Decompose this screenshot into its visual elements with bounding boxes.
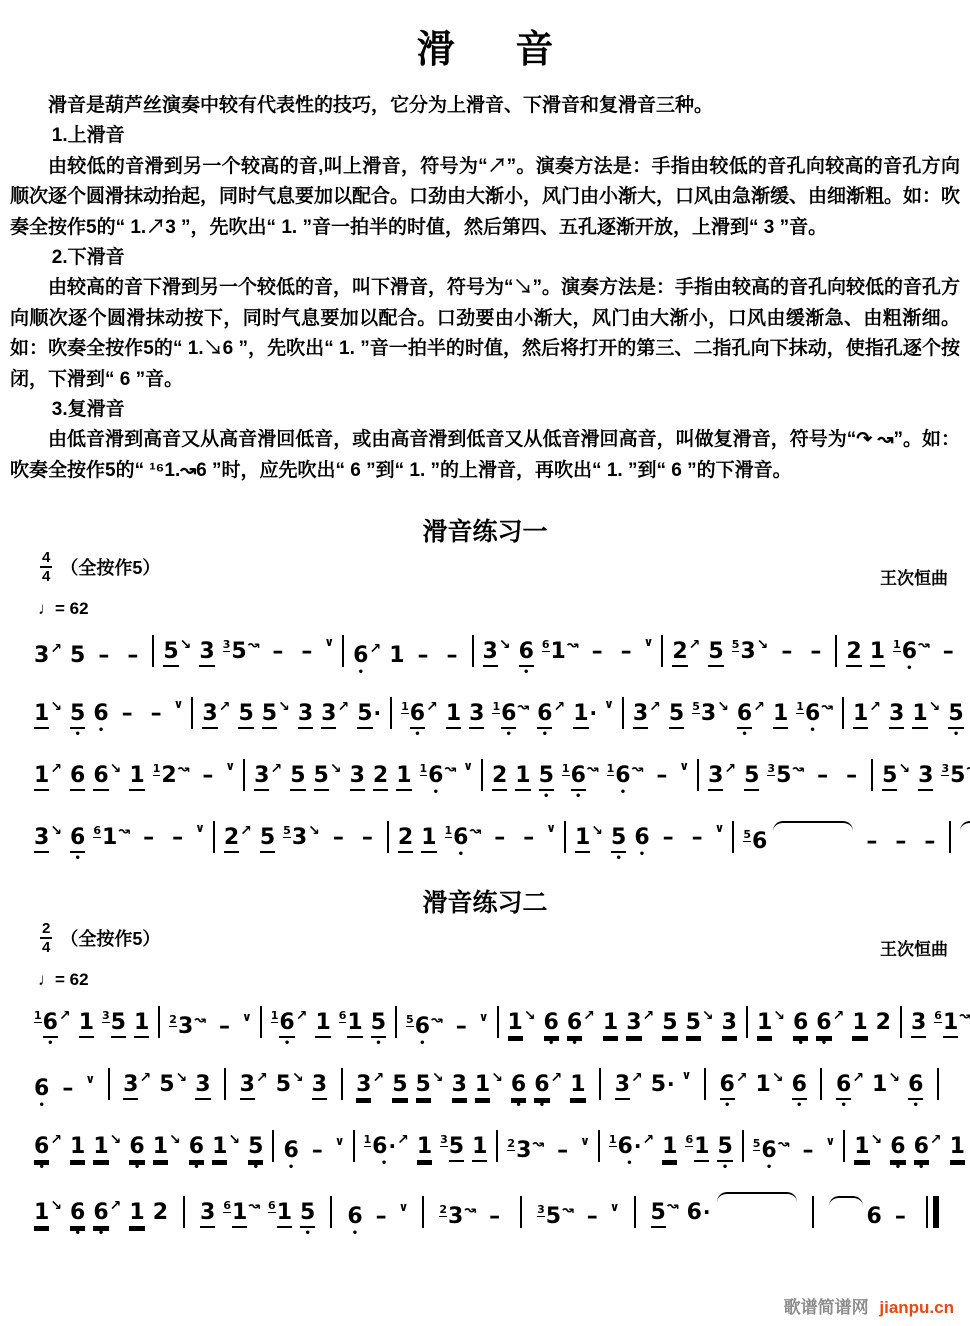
note-core: 6• <box>890 1136 905 1162</box>
note-core: 2 <box>398 827 413 853</box>
note-number: 1 <box>34 1202 49 1228</box>
note-number: 5 <box>70 645 85 667</box>
note-number: 3 <box>918 765 933 791</box>
low-octave-dot: • <box>821 1039 827 1049</box>
grace-note: 1 <box>796 700 804 714</box>
note-core: 3 <box>516 1140 531 1162</box>
breath-mark: ∨ <box>225 759 235 773</box>
low-octave-dot: • <box>523 668 529 678</box>
grace-note: 5 <box>743 828 751 842</box>
breath-mark: ∨ <box>335 1134 345 1148</box>
grace-note: 1 <box>607 762 615 776</box>
low-octave-dot: • <box>953 730 959 740</box>
measure: 361↝615• <box>194 1198 321 1228</box>
slide-mark: ↘ <box>292 1070 304 1086</box>
grace-note: 2 <box>439 1203 447 1217</box>
augmentation-dot: · <box>634 1134 642 1158</box>
note-core: 6• <box>353 645 368 667</box>
note: 2 <box>492 765 507 791</box>
breath-mark: ∨ <box>580 1134 590 1148</box>
duration-dash: – <box>418 645 429 667</box>
grace-note: 1 <box>492 700 500 714</box>
note-number: 5 <box>776 765 791 787</box>
note-core: 5 <box>744 765 759 791</box>
measure: 1↘5•6•––∨ <box>28 697 188 729</box>
low-octave-dot: • <box>288 1163 294 1173</box>
measure: 3↘6•61↝––∨ <box>477 635 659 667</box>
low-octave-dot: • <box>639 850 645 860</box>
slide-mark: ↘ <box>50 1198 62 1214</box>
note-core: 1 <box>421 827 436 853</box>
slide-mark: ↘ <box>308 823 320 839</box>
note: 3 <box>452 1074 467 1100</box>
note-core: 1 <box>912 703 927 729</box>
note-core: 5 <box>276 1074 291 1096</box>
note-core: 1 <box>943 1012 958 1038</box>
note-core: 5 <box>449 1136 464 1162</box>
note: 1 <box>570 1074 585 1100</box>
slide-mark: ↗ <box>240 823 252 839</box>
note: 53↘ <box>692 699 729 725</box>
slide-mark: ↗ <box>296 1008 308 1024</box>
note-number: 5 <box>539 765 554 791</box>
note: 6 <box>70 765 85 791</box>
note-core: 3 <box>452 1074 467 1100</box>
note-core: 1 <box>129 765 144 791</box>
low-octave-dot: • <box>548 1039 554 1049</box>
note-number: 1 <box>570 1074 585 1100</box>
duration-dash: – <box>122 703 133 725</box>
note-core: 6• <box>453 827 468 849</box>
note: 1 <box>773 703 788 729</box>
note-number: 2 <box>373 765 388 791</box>
note: 16•↝ <box>607 761 644 787</box>
duration-dash: – <box>362 827 373 849</box>
slide-mark: ↗ <box>553 699 565 715</box>
note-number: 3 <box>701 703 716 725</box>
note: 5 <box>662 1012 677 1038</box>
breath-mark: ∨ <box>604 697 614 711</box>
note: 3↗ <box>254 761 282 791</box>
grace-note: 6 <box>542 638 550 652</box>
barline <box>729 821 737 853</box>
measure: 6•↗1–– <box>347 641 468 667</box>
note-number: 6 <box>283 1140 298 1162</box>
note-number: 6 <box>372 1136 387 1158</box>
note: 5 <box>260 827 275 853</box>
note: 6•↗ <box>93 1198 121 1228</box>
measure: 6––– <box>954 821 970 853</box>
key-signature: 2 4 （全按作5） <box>40 921 160 955</box>
note-core: 6• <box>93 703 108 725</box>
slide-mark: ↗ <box>50 761 62 777</box>
slide-mark: ↘ <box>180 637 192 653</box>
low-octave-dot: • <box>797 1039 803 1049</box>
note-number: 5 <box>686 1012 701 1038</box>
slide-mark: ↗ <box>397 1132 409 1148</box>
barline-stroke <box>926 1196 928 1228</box>
note: 3↗ <box>321 699 349 729</box>
note-core: 1 <box>756 1074 771 1096</box>
note-core: 6· <box>687 1200 711 1224</box>
note-core: 1 <box>396 765 411 791</box>
note-number: 1 <box>943 1012 958 1038</box>
note-number: 6 <box>615 765 630 787</box>
breath-mark: ∨ <box>479 1010 489 1024</box>
note-core: 3 <box>199 641 214 667</box>
note-core: 6• <box>805 703 820 725</box>
note: 16·•↗ <box>609 1132 654 1158</box>
note: 3↗ <box>34 641 62 667</box>
key-note-label: （全按作5） <box>60 554 160 580</box>
note-number: 3 <box>356 1074 371 1100</box>
note: 5 <box>669 703 684 729</box>
note: 6• <box>793 1012 808 1038</box>
note: 6 <box>960 821 970 853</box>
note: 1↘ <box>34 1198 62 1228</box>
note: 1↘ <box>575 823 603 853</box>
note: 1 <box>421 827 436 853</box>
duration-dash: – <box>587 1206 598 1228</box>
note-number: 6 <box>793 1012 808 1038</box>
measure: 2116•↝––∨ <box>840 635 970 667</box>
note-core: 5 <box>238 703 253 729</box>
slide-mark: ↗ <box>736 1070 748 1086</box>
low-octave-dot: • <box>458 850 464 860</box>
note-number: 6 <box>34 1078 49 1100</box>
note-number: 3 <box>469 703 484 729</box>
note-number: 1 <box>79 1012 94 1038</box>
note-core: 5 <box>686 1012 701 1038</box>
time-signature: 4 4 <box>40 550 52 584</box>
note-number: 6 <box>537 703 552 729</box>
note-number: 3 <box>292 827 307 849</box>
note-core: 1 <box>694 1136 709 1162</box>
note: 1 <box>515 765 530 791</box>
barline <box>387 697 395 729</box>
note-number: 1 <box>852 1012 867 1038</box>
note-core: 3 <box>889 703 904 729</box>
note: 6•↗ <box>836 1070 864 1100</box>
note-core: 1 <box>212 1136 227 1162</box>
slide-mark: ↝ <box>966 761 970 777</box>
barline-stroke <box>481 759 483 791</box>
note-core: 6• <box>544 1012 559 1038</box>
note-core: 1 <box>70 1136 85 1162</box>
note-core: 6• <box>410 703 425 729</box>
note: 16•↝ <box>492 699 529 729</box>
grace-note: 5 <box>732 638 740 652</box>
slide-mark: ↘ <box>898 761 910 777</box>
paragraph-downslide: 由较高的音下滑到另一个较低的音，叫下滑音，符号为“↘”。演奏方法是：手指由较高的… <box>10 273 960 395</box>
duration-dash: – <box>810 641 821 663</box>
note-core: 5 <box>708 641 723 667</box>
note-core: 1 <box>389 645 404 667</box>
note-number: 1 <box>446 703 461 729</box>
measure: 3↘6•61↝––∨ <box>28 821 210 853</box>
note: 35 <box>102 1009 126 1038</box>
slide-mark: ↘ <box>228 1132 240 1148</box>
measure: 361↝615• <box>905 1008 970 1038</box>
slide-mark: ↗ <box>869 699 881 715</box>
slide-mark: ↝ <box>667 1198 679 1214</box>
note-number: 1 <box>396 765 411 791</box>
note: 1 <box>396 765 411 791</box>
exercise-2-music: 16•↗135123↝–∨16•↗1615•56•↝–∨1↘6•6•↗13↗55… <box>28 1006 942 1228</box>
note: 5• <box>300 1202 315 1228</box>
note: 1↘ <box>212 1132 240 1162</box>
note-core: 5 <box>262 703 277 729</box>
note-core: 6• <box>34 1078 49 1100</box>
note-number: 6 <box>687 1202 702 1224</box>
low-octave-dot: • <box>575 792 581 802</box>
measure: 16•↗1351 <box>28 1008 155 1038</box>
barline-stroke <box>387 821 389 853</box>
note-number: 1 <box>472 1136 487 1162</box>
low-octave-dot: • <box>38 1163 44 1173</box>
measure: 56•↝–∨ <box>747 1134 840 1162</box>
note-number: 5 <box>290 765 305 791</box>
duration-dash: – <box>98 645 109 667</box>
measure: 1↘5•6•––∨ <box>569 821 729 853</box>
music-line: 1↘5•6•––∨3↗55↘33↗5·16•↗1316•↝6•↗1·∨3↗553… <box>28 697 942 729</box>
low-octave-dot: • <box>741 730 747 740</box>
note-number: 3 <box>626 1012 641 1038</box>
note-core: 3 <box>740 641 755 663</box>
watermark-url: jianpu.cn <box>879 1298 954 1317</box>
note: 1 <box>70 1136 85 1162</box>
barline <box>327 1196 335 1228</box>
breath-mark: ∨ <box>715 821 725 835</box>
note: 1 <box>603 1012 618 1038</box>
slide-mark: ↘ <box>773 1008 785 1024</box>
note-number: 1 <box>129 1202 144 1228</box>
duration-dash: – <box>781 641 792 663</box>
note-core: 6• <box>902 641 917 663</box>
breath-mark: ∨ <box>825 1134 835 1148</box>
low-octave-dot: • <box>571 1039 577 1049</box>
note: 1 <box>134 1012 149 1038</box>
watermark-site: 歌谱简谱网 <box>784 1298 869 1317</box>
exercise-1-music: 3↗5––5↘335↝––∨6•↗1––3↘6•61↝––∨2↗553↘––21… <box>28 635 942 853</box>
exercise-1-meta: 4 4 （全按作5） 王次恒曲 <box>10 550 960 589</box>
barline <box>946 821 954 853</box>
note: 6• <box>519 641 534 667</box>
note-core: 6• <box>537 703 552 729</box>
slide-mark: ↝ <box>959 1008 970 1024</box>
note: 16•↗ <box>34 1008 71 1038</box>
note: 3 <box>195 1074 210 1100</box>
note-number: 1 <box>756 1074 771 1096</box>
note: 6• <box>93 703 108 725</box>
note: 3↗ <box>615 1070 643 1100</box>
note: 6•↗ <box>537 699 565 729</box>
note-number: 5 <box>276 1074 291 1096</box>
note-number: 1 <box>277 1202 292 1228</box>
note: 23↝ <box>507 1136 544 1162</box>
note-core: 6• <box>93 1202 108 1228</box>
note: 5• <box>248 1136 263 1162</box>
note-core: 6• <box>70 827 85 853</box>
measure: 5↝6· <box>645 1192 803 1228</box>
measure: 16·•↗1615• <box>603 1132 739 1162</box>
barline <box>809 1196 817 1228</box>
note: 1 <box>129 765 144 791</box>
barline-stroke <box>341 1068 343 1100</box>
note-core: 5• <box>70 703 85 729</box>
barline-stroke <box>260 1006 262 1038</box>
note-number: 6 <box>70 1202 85 1228</box>
note-core: 5• <box>948 703 963 729</box>
slide-mark: ↘ <box>871 1132 883 1148</box>
note-core: 6 <box>867 1206 882 1228</box>
note: 5↘ <box>163 637 191 667</box>
slide-mark: ↘ <box>176 1070 188 1086</box>
note-core: 5 <box>314 765 329 791</box>
note: 61↝ <box>93 823 130 849</box>
note: 6• <box>34 1078 49 1100</box>
note: 3↘ <box>483 637 511 667</box>
slide-mark: ↝ <box>517 699 529 715</box>
note-core: 5 <box>260 827 275 853</box>
note-number: 6 <box>867 1206 882 1228</box>
low-octave-dot: • <box>75 730 81 740</box>
note-number: 5 <box>948 703 963 729</box>
note: 56•↝ <box>753 1136 790 1162</box>
duration-dash: – <box>924 831 935 853</box>
note-number: 1 <box>153 1136 168 1162</box>
note-core: 1 <box>854 1136 869 1162</box>
slide-mark: ↗ <box>59 1008 71 1024</box>
heading-upslide: 1.上滑音 <box>10 121 960 151</box>
low-octave-dot: • <box>75 854 81 864</box>
note-core: 2 <box>224 827 239 853</box>
note-number: 6 <box>805 703 820 725</box>
note: 5 <box>290 765 305 791</box>
grace-note: 6 <box>93 824 101 838</box>
grace-note: 1 <box>153 762 161 776</box>
slide-mark: ↘ <box>499 637 511 653</box>
measure: 23↝– <box>433 1202 511 1228</box>
note: 3 <box>911 1012 926 1038</box>
duration-dash: – <box>663 827 674 849</box>
note-core: 1 <box>603 1012 618 1038</box>
note-core: 6• <box>567 1012 582 1038</box>
note-number: 2 <box>224 827 239 853</box>
low-octave-dot: • <box>809 726 815 736</box>
note-core: 5 <box>159 1074 174 1096</box>
measure: 56•↝–∨ <box>400 1010 493 1038</box>
music-line: 6•–∨3↗5↘33↗5↘33↗55↘31↘6•6•↗13↗5·∨6•↗1↘6•… <box>28 1068 942 1100</box>
note-number: 2 <box>153 1202 168 1224</box>
note: 5 <box>70 645 85 667</box>
duration-dash: – <box>557 1140 568 1162</box>
note-number: 6 <box>902 641 917 663</box>
note: 5↘ <box>882 761 910 791</box>
note: 6•↗ <box>34 1132 62 1162</box>
note-number: 5 <box>546 1206 561 1228</box>
note-core: 1 <box>853 703 868 729</box>
measure: 2116•↝––∨ <box>392 821 561 853</box>
note-core: 1 <box>872 1074 887 1096</box>
duration-dash: – <box>202 765 213 787</box>
measure: 3↗535↝–– <box>702 761 868 791</box>
note-number: 1 <box>853 703 868 729</box>
note-core: 3 <box>195 1074 210 1100</box>
grace-note: 6 <box>268 1199 276 1213</box>
barline <box>743 1006 751 1038</box>
barline-stroke <box>634 1196 636 1228</box>
low-octave-dot: • <box>895 1163 901 1173</box>
note-core: 6• <box>792 1074 807 1100</box>
note-number: 1 <box>389 645 404 667</box>
measure: 6•–∨ <box>277 1134 349 1162</box>
measure: 2↗553↘–– <box>666 637 832 667</box>
note: 6•↗ <box>353 641 381 667</box>
slide-mark: ↘ <box>110 761 122 777</box>
note-core: 1 <box>551 641 566 663</box>
note-core: 3 <box>633 703 648 729</box>
measure: 215•16•↝16•↝–∨ <box>486 759 694 791</box>
slide-mark: ↝ <box>778 1136 790 1152</box>
barline <box>221 1068 229 1100</box>
barline-stroke <box>871 759 873 791</box>
measure: 3↗55↘31↘6•6•↗1 <box>350 1070 591 1100</box>
measure: 1↘6•6•↗13↗55↘3 <box>848 1132 970 1162</box>
duration-dash: – <box>301 641 312 663</box>
note-number: 5 <box>651 1074 666 1096</box>
measure: 6•–∨ <box>341 1200 413 1228</box>
tempo-mark: ♩= 62 <box>38 599 960 619</box>
measure: 6•↗11↘6•1↘6•1↘5• <box>28 1132 269 1162</box>
barline-stroke <box>842 697 844 729</box>
barline <box>469 635 477 667</box>
barline <box>839 697 847 729</box>
slide-mark: ↘ <box>50 823 62 839</box>
note-core: 3 <box>254 765 269 791</box>
low-octave-dot: • <box>840 1101 846 1111</box>
note-number: 1 <box>662 1136 677 1162</box>
time-signature: 2 4 <box>40 921 52 955</box>
note-core: 6• <box>511 1074 526 1100</box>
note-core: 1 <box>93 1136 108 1162</box>
note-core: 1 <box>153 1136 168 1162</box>
barline-stroke <box>900 1006 902 1038</box>
low-octave-dot: • <box>375 1039 381 1049</box>
note-core: 6• <box>70 1202 85 1228</box>
music-line: 3↘6•61↝––∨2↗553↘––2116•↝––∨1↘5•6•––∨56––… <box>28 821 942 853</box>
note-core: 6• <box>571 765 586 791</box>
note-core: 6·• <box>618 1134 642 1158</box>
note-core: 3 <box>123 1074 138 1100</box>
grace-note: 1 <box>893 638 901 652</box>
barline <box>269 1130 277 1162</box>
note-number: 1 <box>347 1012 362 1038</box>
note: 6• <box>890 1136 905 1162</box>
note-core: 1 <box>662 1136 677 1162</box>
note: 5· <box>651 1072 675 1096</box>
slide-mark: ↝ <box>248 1198 260 1214</box>
note-core: 2 <box>153 1202 168 1224</box>
note-number: 6 <box>511 1074 526 1100</box>
note-number: 5 <box>416 1074 431 1100</box>
breath-mark: ∨ <box>610 1200 620 1214</box>
note-core: 1 <box>315 1012 330 1038</box>
low-octave-dot: • <box>358 668 364 678</box>
barline <box>934 1068 942 1100</box>
slide-mark: ↘ <box>591 823 603 839</box>
note-core: 1 <box>950 1136 965 1162</box>
